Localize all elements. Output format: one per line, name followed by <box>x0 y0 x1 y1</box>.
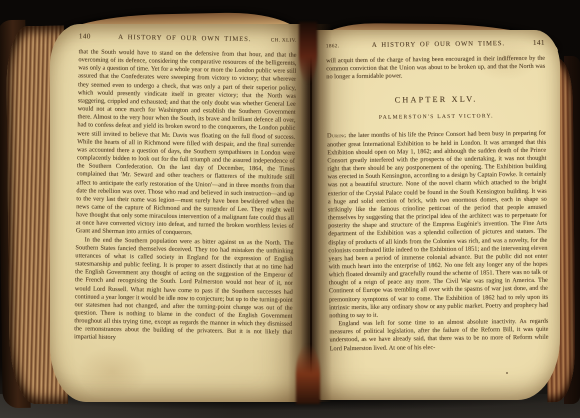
left-page-text: 140 A HISTORY OF OUR OWN TIMES. CH. XLIV… <box>73 32 297 395</box>
left-paragraph-2: In the end the Southern population were … <box>74 236 294 345</box>
lead-word: During <box>327 133 347 140</box>
right-intro-paragraph: will acquit them of the charge of having… <box>326 55 545 82</box>
left-chapter-ref: CH. XLIV. <box>255 37 297 44</box>
left-running-title: A HISTORY OF OUR OWN TIMES. <box>115 34 255 43</box>
ink-speck <box>506 372 508 374</box>
left-paragraph-1: that the South would have to stand on th… <box>76 48 297 239</box>
right-page-number: 141 <box>509 39 545 47</box>
right-paragraph-1: During the later months of his life the … <box>327 130 548 320</box>
book-photograph: 140 A HISTORY OF OUR OWN TIMES. CH. XLIV… <box>0 0 580 418</box>
right-year-label: 1862. <box>326 43 368 50</box>
chapter-heading: CHAPTER XLV. <box>327 94 546 106</box>
spine-top-wedge <box>299 22 317 84</box>
right-running-head: 1862. A HISTORY OF OUR OWN TIMES. 141 <box>326 39 545 50</box>
spine-bottom-wedge <box>296 344 320 404</box>
right-paragraph-1-text: the later months of his life the Prince … <box>327 130 548 319</box>
right-running-title: A HISTORY OF OUR OWN TIMES. <box>368 40 509 49</box>
right-paragraph-2: England was left for some time to an alm… <box>329 318 548 353</box>
chapter-subtitle: PALMERSTON'S LAST VICTORY. <box>327 113 546 122</box>
left-page-number: 140 <box>79 32 115 41</box>
right-page-text: 1862. A HISTORY OF OUR OWN TIMES. 141 wi… <box>326 39 549 394</box>
